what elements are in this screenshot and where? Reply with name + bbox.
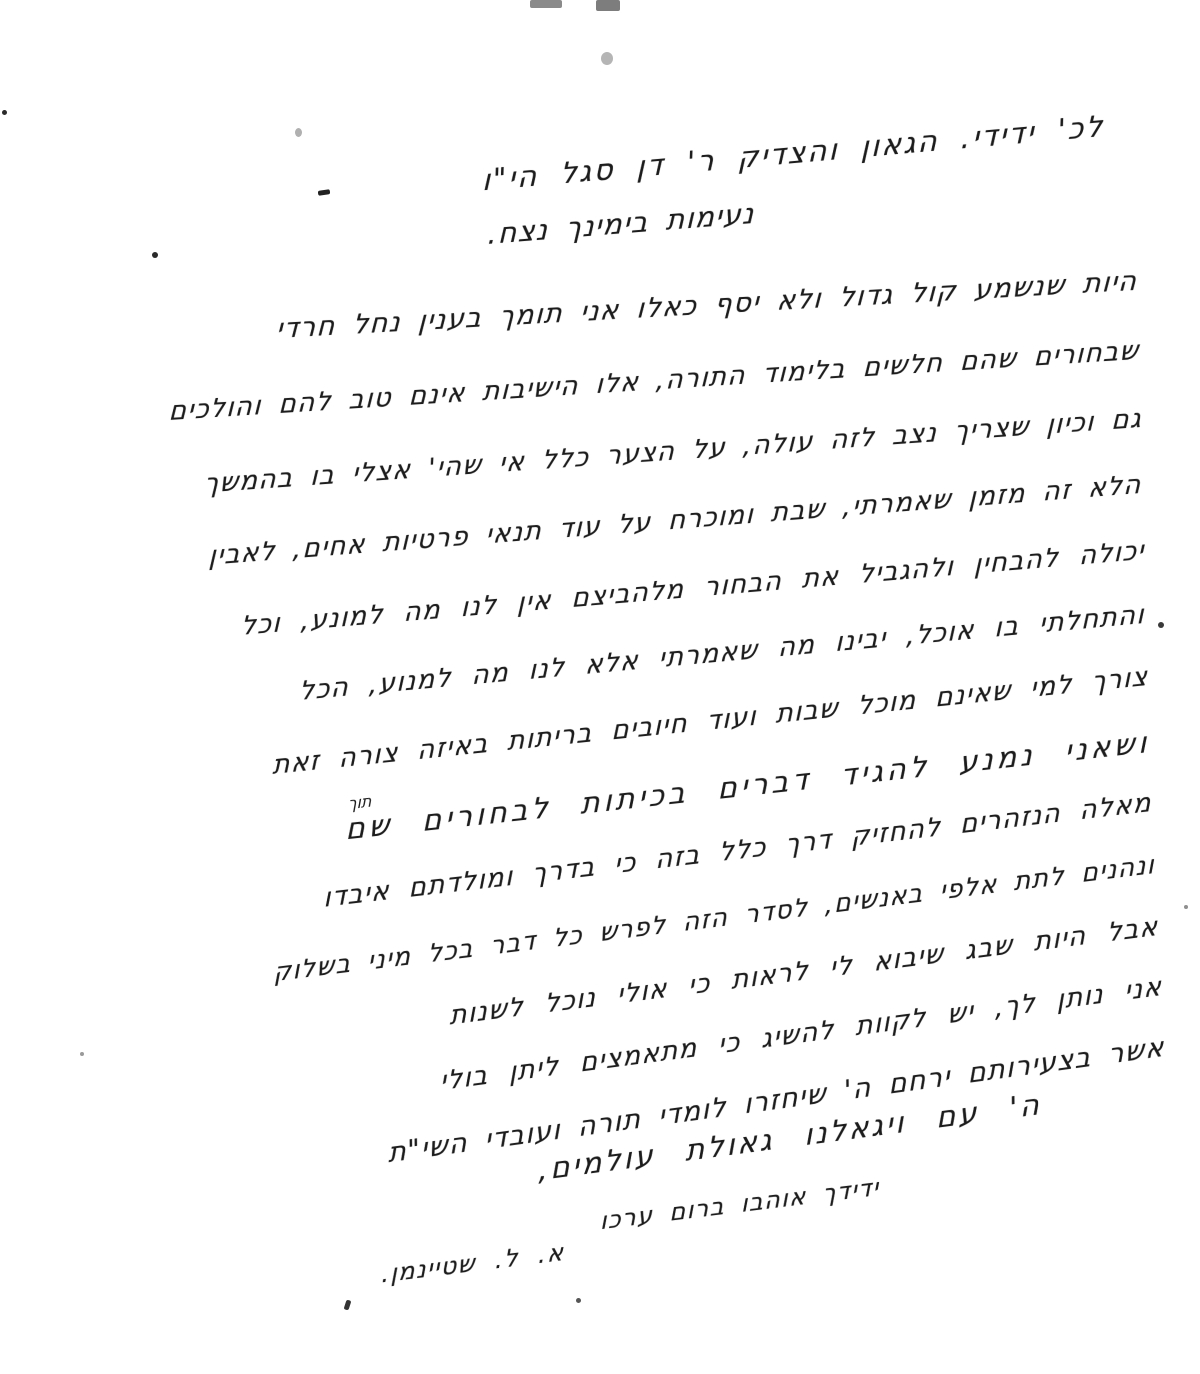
body-line-10: ונהנים לתת אלפי באנשים, לסדר הזה לפרש כל… [273, 852, 1155, 985]
body-line-1: היות שנשמע קול גדול ולא יסף כאלו אני תומ… [276, 268, 1139, 343]
interlinear-insert: תוך [348, 791, 371, 813]
ink-mark [344, 1299, 352, 1310]
scanned-letter-page: לכ' ידידי. הגאון והצדיק ר' דן סגל הי"ו נ… [0, 0, 1200, 1374]
blessing-line: נעימות בימינך נצח. [487, 200, 755, 249]
scan-speck [295, 128, 302, 137]
ink-dot [80, 1052, 84, 1056]
scan-speck [596, 0, 620, 11]
ink-dot [2, 110, 7, 115]
ink-dot [1158, 622, 1164, 628]
body-line-2: שבחורים שהם חלשים בלימוד התורה, אלו הישי… [169, 338, 1141, 425]
ink-dash [318, 189, 331, 196]
scan-speck [530, 0, 562, 8]
scan-speck [601, 52, 613, 65]
ink-dot [152, 252, 158, 258]
ink-dot [1184, 905, 1188, 909]
greeting-line: לכ' ידידי. הגאון והצדיק ר' דן סגל הי"ו [482, 112, 1105, 196]
ink-dot [576, 1298, 581, 1303]
signoff-line: ידידך אוהבו ברום ערכו [601, 1175, 880, 1233]
signature-line: א. ל. שטיינמן. [382, 1240, 565, 1287]
